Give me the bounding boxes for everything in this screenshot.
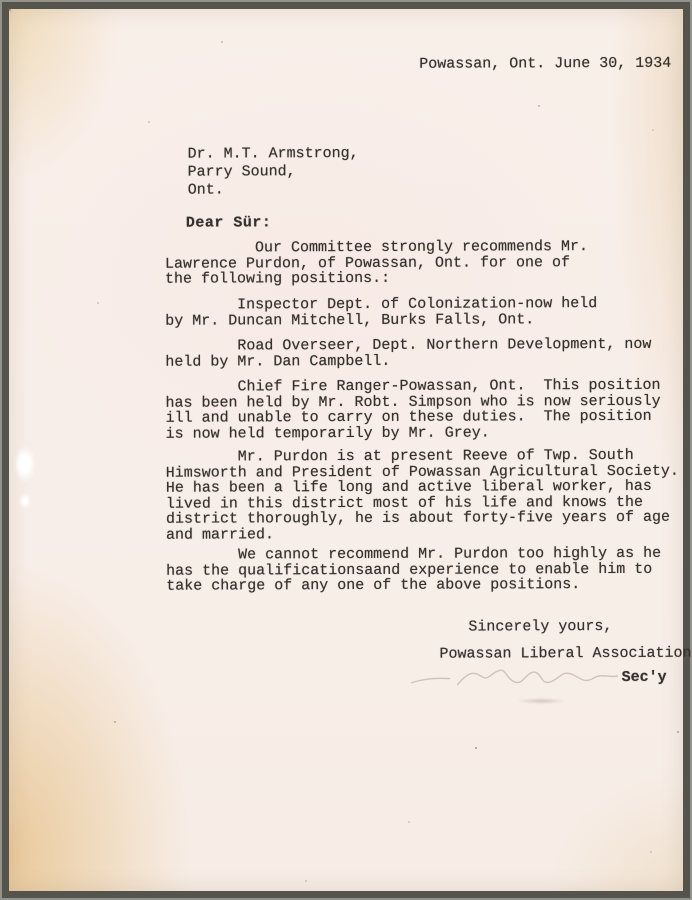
- letter-line: Road Overseer, Dept. Northern Developmen…: [165, 337, 651, 354]
- letter-content: Powassan, Ont. June 30, 1934 Dr. M.T. Ar…: [9, 8, 686, 893]
- letter-body: Our Committee strongly recommends Mr.Law…: [9, 8, 683, 11]
- paragraph: Road Overseer, Dept. Northern Developmen…: [165, 337, 651, 370]
- scan-frame: Powassan, Ont. June 30, 1934 Dr. M.T. Ar…: [0, 0, 692, 900]
- letter-line: by Mr. Duncan Mitchell, Burks Falls, Ont…: [165, 312, 597, 329]
- paragraph: We cannot recommend Mr. Purdon too highl…: [166, 546, 661, 594]
- letter-line: and married.: [166, 525, 679, 542]
- letter-line: district thoroughly, he is about forty-f…: [166, 510, 679, 527]
- dateline: Powassan, Ont. June 30, 1934: [419, 56, 671, 72]
- letter-line: held by Mr. Dan Campbell.: [165, 352, 651, 369]
- paragraph: Our Committee strongly recommends Mr.Law…: [165, 239, 588, 287]
- letter-line: is now held temporarily by Mr. Grey.: [166, 424, 661, 441]
- closing-phrase: Sincerely yours,: [468, 619, 612, 635]
- salutation: Dear Sür:: [186, 215, 272, 231]
- letter-line: take charge of any one of the above posi…: [166, 577, 661, 594]
- letter-line: the following positions.:: [165, 270, 588, 287]
- letter-paper: Powassan, Ont. June 30, 1934 Dr. M.T. Ar…: [9, 9, 683, 891]
- recipient-address: Dr. M.T. Armstrong,Parry Sound,Ont.: [188, 145, 359, 200]
- letter-line: Parry Sound,: [188, 163, 359, 182]
- letter-line: Dr. M.T. Armstrong,: [188, 145, 359, 164]
- signature-role: Sec'y: [622, 670, 667, 686]
- paragraph: Inspector Dept. of Colonization-now held…: [165, 296, 597, 329]
- paragraph: Chief Fire Ranger-Powassan, Ont. This po…: [165, 378, 660, 442]
- letter-line: Ont.: [188, 181, 359, 200]
- paragraph: Mr. Purdon is at present Reeve of Twp. S…: [166, 448, 679, 543]
- letter-line: ill and unable to carry on these duties.…: [166, 409, 661, 426]
- handwritten-signature: [410, 660, 630, 697]
